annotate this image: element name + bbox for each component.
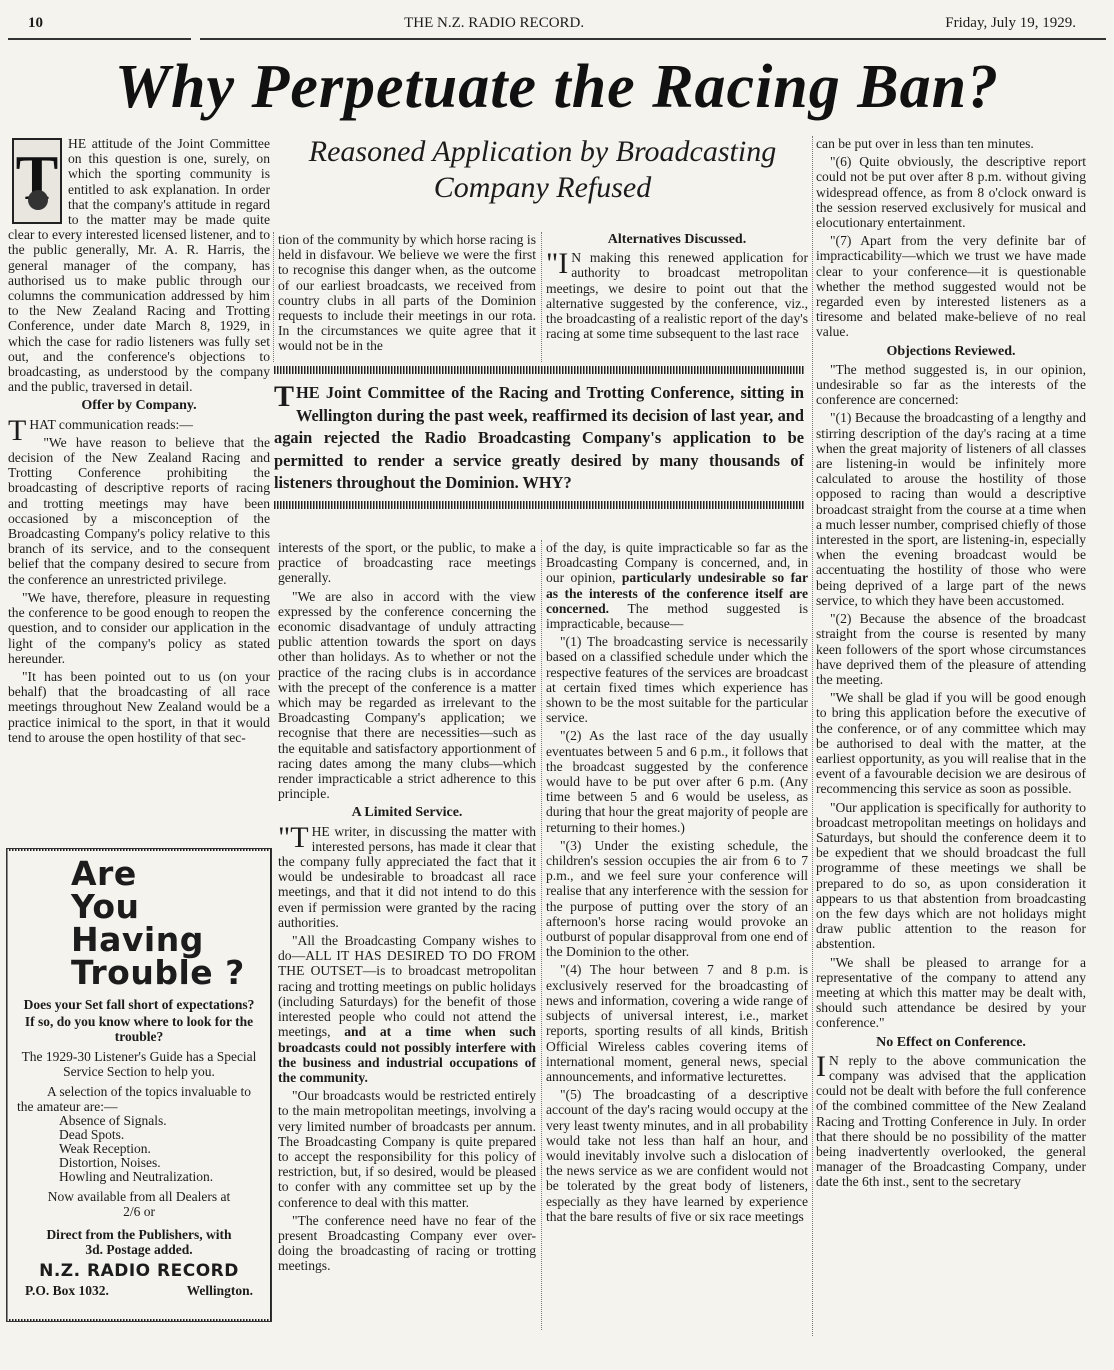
ad-topics-list: Absence of Signals. Dead Spots. Weak Rec… (17, 1114, 261, 1184)
paragraph: IN reply to the above communication the … (816, 1053, 1086, 1190)
paragraph: "We are also in accord with the view exp… (278, 589, 536, 802)
paragraph: "(4) The hour between 7 and 8 p.m. is ex… (546, 962, 808, 1084)
column-divider (812, 136, 813, 1336)
paragraph: "THE writer, in discussing the matter wi… (278, 824, 536, 930)
paragraph: "IN making this renewed application for … (546, 250, 808, 341)
ad-guide-text: The 1929-30 Listener's Guide has a Speci… (17, 1050, 261, 1079)
summary-deck: THE Joint Committee of the Racing and Tr… (274, 366, 804, 509)
ornamental-drop-cap: T (12, 138, 62, 224)
column-divider (541, 540, 542, 1330)
paragraph: interests of the sport, or the public, t… (278, 540, 536, 586)
paragraph: "(6) Quite obviously, the descriptive re… (816, 154, 1086, 230)
page-number: 10 (28, 15, 43, 32)
ad-headline-line: Trouble ? (17, 956, 261, 989)
ad-publisher: N.Z. RADIO RECORD (17, 1261, 261, 1281)
paragraph: "Our application is specifically for aut… (816, 800, 1086, 952)
ad-city: Wellington. (187, 1283, 253, 1299)
ad-direct-order: Direct from the Publishers, with 3d. Pos… (17, 1227, 261, 1257)
paragraph: "It has been pointed out to us (on your … (8, 669, 270, 745)
ad-topic: Dead Spots. (59, 1128, 261, 1142)
issue-date: Friday, July 19, 1929. (945, 15, 1076, 32)
decorative-rule (274, 501, 804, 509)
column-2-bottom: interests of the sport, or the public, t… (278, 540, 536, 1277)
column-4: can be put over in less than ten minutes… (816, 136, 1086, 1193)
header-rule-left (8, 38, 191, 40)
column-1: T HE attitude of the Joint Committee on … (8, 136, 270, 748)
paragraph: "(2) Because the absence of the broadcas… (816, 611, 1086, 687)
ad-question: Does your Set fall short of expectations… (17, 997, 261, 1012)
paragraph: "We shall be glad if you will be good en… (816, 690, 1086, 796)
paragraph: "(2) As the last race of the day usually… (546, 728, 808, 834)
ad-headline-line: You (17, 890, 261, 923)
column-2-top: tion of the community by which horse rac… (278, 232, 536, 357)
subheadline: Reasoned Application by Broadcasting Com… (270, 134, 815, 206)
paragraph: "The conference need have no fear of the… (278, 1213, 536, 1274)
ad-headline-line: Are (17, 857, 261, 890)
paragraph: "(7) Apart from the very definite bar of… (816, 233, 1086, 339)
paragraph: "We shall be pleased to arrange for a re… (816, 955, 1086, 1031)
decorative-rule (274, 366, 804, 374)
ornament-face-icon (28, 190, 48, 210)
column-divider (273, 232, 274, 362)
paragraph: can be put over in less than ten minutes… (816, 136, 1086, 151)
ad-selection-text: A selection of the topics invaluable to … (17, 1085, 261, 1114)
newspaper-page: 10 THE N.Z. RADIO RECORD. Friday, July 1… (0, 0, 1114, 1370)
ad-topic: Distortion, Noises. (59, 1156, 261, 1170)
paragraph: "(1) Because the broadcasting of a lengt… (816, 410, 1086, 608)
column-3-top: Alternatives Discussed. "IN making this … (546, 232, 808, 344)
offer-lead: THAT communication reads:— (8, 417, 270, 432)
ad-topic: Absence of Signals. (59, 1114, 261, 1128)
ad-topic: Howling and Neutralization. (59, 1170, 261, 1184)
paragraph: "(1) The broadcasting service is necessa… (546, 634, 808, 725)
paragraph: "The method suggested is, in our opinion… (816, 362, 1086, 408)
ad-po-box: P.O. Box 1032. (25, 1283, 109, 1299)
paragraph: tion of the community by which horse rac… (278, 232, 536, 354)
paragraph: "(5) The broadcasting of a descriptive a… (546, 1087, 808, 1224)
section-heading-alternatives: Alternatives Discussed. (546, 232, 808, 247)
paragraph: "We have, therefore, pleasure in request… (8, 590, 270, 666)
ad-headline-line: Having (17, 923, 261, 956)
paragraph: "Our broadcasts would be restricted enti… (278, 1088, 536, 1210)
main-headline: Why Perpetuate the Racing Ban? (0, 52, 1114, 123)
paragraph: "All the Broadcasting Company wishes to … (278, 933, 536, 1085)
ad-topic: Weak Reception. (59, 1142, 261, 1156)
running-head: 10 THE N.Z. RADIO RECORD. Friday, July 1… (28, 10, 1076, 36)
advertisement-box: Are You Having Trouble ? Does your Set f… (6, 848, 272, 1322)
ad-availability: Now available from all Dealers at 2/6 or (17, 1190, 261, 1219)
publication-name: THE N.Z. RADIO RECORD. (404, 15, 584, 32)
column-divider (541, 232, 542, 362)
paragraph: "We have reason to believe that the deci… (8, 435, 270, 587)
section-heading-offer: Offer by Company. (8, 398, 270, 413)
paragraph: of the day, is quite impracticable so fa… (546, 540, 808, 631)
section-heading-limited-service: A Limited Service. (278, 805, 536, 820)
ad-question: If so, do you know where to look for the… (17, 1014, 261, 1044)
column-3-bottom: of the day, is quite impracticable so fa… (546, 540, 808, 1227)
header-rule-right (200, 38, 1106, 40)
ad-address: P.O. Box 1032. Wellington. (17, 1281, 261, 1299)
section-heading-no-effect: No Effect on Conference. (816, 1035, 1086, 1050)
paragraph: "(3) Under the existing schedule, the ch… (546, 838, 808, 960)
section-heading-objections: Objections Reviewed. (816, 344, 1086, 359)
